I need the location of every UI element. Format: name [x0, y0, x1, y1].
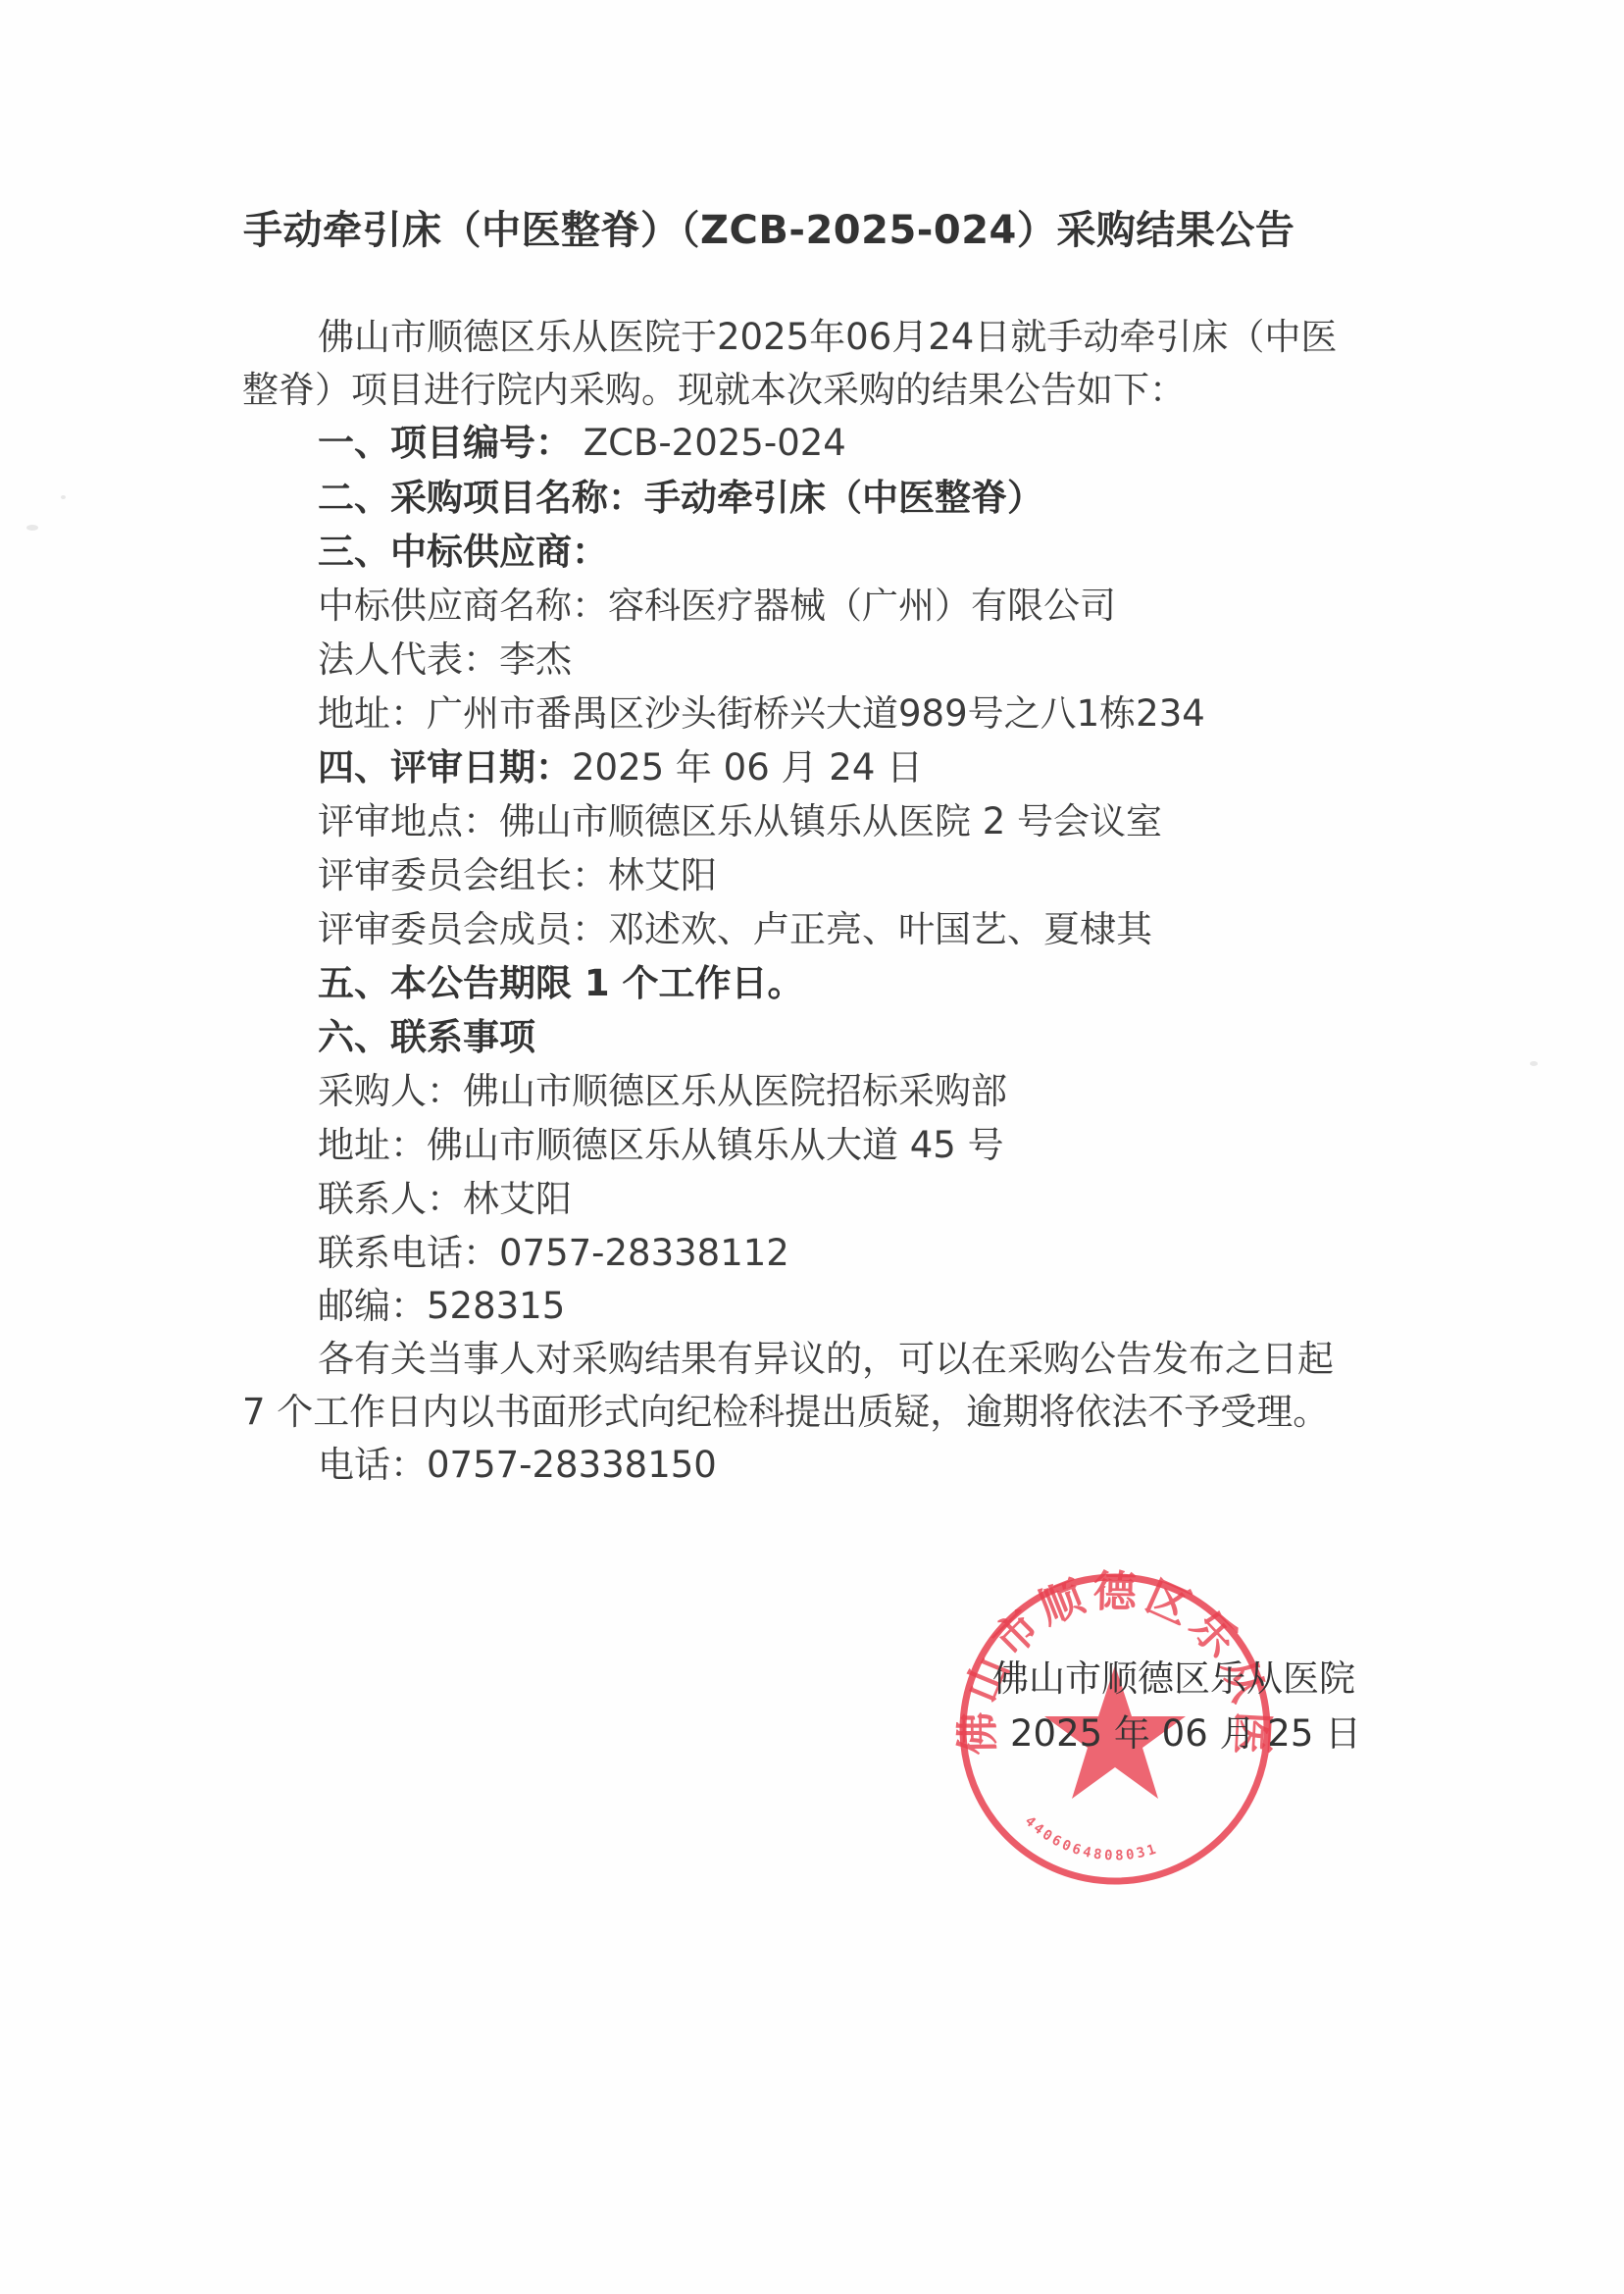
scan-speck	[61, 495, 66, 499]
scan-speck	[26, 525, 38, 531]
contact-heading: 六、联系事项	[318, 1016, 535, 1059]
intro-line-2: 整脊）项目进行院内采购。现就本次采购的结果公告如下：	[242, 369, 1186, 412]
review-date-value: 2025 年 06 月 24 日	[572, 746, 923, 789]
supplier-legal-rep: 法人代表：李杰	[318, 638, 572, 682]
review-location: 评审地点：佛山市顺德区乐从镇乐从医院 2 号会议室	[318, 800, 1162, 843]
document-title: 手动牵引床（中医整脊）（ZCB-2025-024）采购结果公告	[243, 199, 1381, 255]
project-number-value: ZCB-2025-024	[572, 422, 846, 464]
document-page: 手动牵引床（中医整脊）（ZCB-2025-024）采购结果公告 佛山市顺德区乐从…	[0, 0, 1624, 2294]
notice-period: 五、本公告期限 1 个工作日。	[318, 962, 804, 1005]
review-members: 评审委员会成员：邓述欢、卢正亮、叶国艺、夏棣其	[318, 908, 1152, 951]
scan-speck	[1530, 1061, 1538, 1066]
objection-line-2: 7 个工作日内以书面形式向纪检科提出质疑，逾期将依法不予受理。	[242, 1391, 1329, 1434]
review-leader: 评审委员会组长：林艾阳	[318, 854, 717, 897]
intro-line-1: 佛山市顺德区乐从医院于2025年06月24日就手动牵引床（中医	[318, 316, 1337, 359]
project-name-value: 手动牵引床（中医整脊）	[644, 477, 1043, 519]
svg-text:4406064808031: 4406064808031	[1022, 1813, 1161, 1863]
contact-purchaser: 采购人：佛山市顺德区乐从医院招标采购部	[318, 1070, 1007, 1113]
contact-phone: 联系电话：0757-28338112	[318, 1232, 789, 1275]
signature-org: 佛山市顺德区乐从医院	[992, 1657, 1355, 1701]
contact-address: 地址：佛山市顺德区乐从镇乐从大道 45 号	[318, 1124, 1004, 1167]
project-number-label: 一、项目编号：	[318, 422, 572, 464]
project-name-label: 二、采购项目名称：	[318, 477, 644, 519]
review-date-label: 四、评审日期：	[318, 746, 572, 789]
objection-line-1: 各有关当事人对采购结果有异议的，可以在采购公告发布之日起	[318, 1338, 1334, 1381]
supplier-address: 地址：广州市番禺区沙头街桥兴大道989号之八1栋234	[318, 692, 1205, 736]
project-name-row: 二、采购项目名称：手动牵引床（中医整脊）	[318, 477, 1043, 520]
contact-postcode: 邮编：528315	[318, 1285, 565, 1328]
supplier-name: 中标供应商名称：容科医疗器械（广州）有限公司	[318, 585, 1116, 628]
project-number-row: 一、项目编号： ZCB-2025-024	[318, 422, 846, 465]
winning-supplier-heading: 三、中标供应商：	[318, 531, 608, 574]
review-date-row: 四、评审日期：2025 年 06 月 24 日	[318, 746, 923, 790]
signature-date: 2025 年 06 月 25 日	[1010, 1712, 1361, 1756]
objection-phone: 电话：0757-28338150	[318, 1444, 717, 1487]
contact-person: 联系人：林艾阳	[318, 1178, 572, 1221]
